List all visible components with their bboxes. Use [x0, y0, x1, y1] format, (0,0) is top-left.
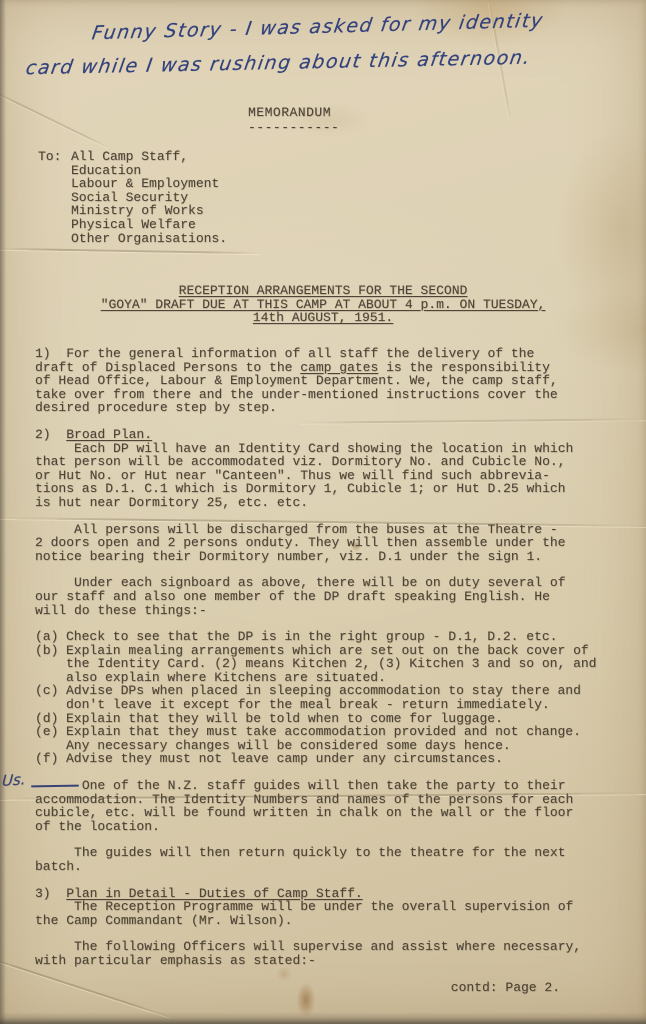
fold-crease	[0, 90, 109, 149]
lettered-instruction-list: (a) Check to see that the DP is in the r…	[35, 630, 600, 766]
list-item: (b) Explain mealing arrangements which a…	[35, 644, 600, 685]
list-item-label: (a)	[35, 630, 66, 644]
paragraph-2-broad-plan: 2) Broad Plan. Each DP will have an Iden…	[35, 428, 600, 510]
paragraph-5: Us. One of the N.Z. staff guides will th…	[35, 779, 600, 833]
list-item-text: Explain that they will be told when to c…	[66, 712, 600, 726]
paragraph-3: All persons will be discharged from the …	[35, 523, 600, 564]
list-item-text: Explain that they must take accommodatio…	[66, 725, 600, 752]
subject-title: RECEPTION ARRANGEMENTS FOR THE SECOND"GO…	[0, 284, 646, 325]
subject-title-line: 14th AUGUST, 1951.	[0, 311, 646, 325]
recipient-item: Ministry of Works	[71, 204, 227, 218]
paper-edge-bottom	[0, 1012, 646, 1024]
handwritten-note-line1: Funny Story - I was asked for my identit…	[90, 10, 545, 45]
fold-crease	[0, 248, 260, 255]
list-item: (a) Check to see that the DP is in the r…	[35, 630, 600, 644]
list-item-label: (e)	[35, 725, 66, 752]
recipient-item: Physical Welfare	[71, 218, 227, 232]
memo-heading-text: MEMORANDUM	[248, 106, 339, 120]
continuation-note: contd: Page 2.	[35, 981, 600, 995]
list-item: (e) Explain that they must take accommod…	[35, 725, 600, 752]
handwritten-note-line2: card while I was rushing about this afte…	[24, 47, 532, 80]
recipient-item: Education	[71, 164, 227, 178]
recipient-item: Social Security	[71, 191, 227, 205]
memo-body: 1) For the general information of all st…	[35, 347, 600, 994]
list-item-label: (c)	[35, 684, 66, 711]
paragraph-6: The guides will then return quickly to t…	[35, 846, 600, 873]
list-item-label: (f)	[35, 752, 66, 766]
list-item-text: Advise DPs when placed in sleeping accom…	[66, 684, 600, 711]
list-item: (d) Explain that they will be told when …	[35, 712, 600, 726]
recipient-block: To: All Camp Staff,EducationLabour & Emp…	[38, 150, 227, 245]
list-item: (c) Advise DPs when placed in sleeping a…	[35, 684, 600, 711]
recipient-item: Other Organisations.	[71, 232, 227, 246]
subject-title-line: "GOYA" DRAFT DUE AT THIS CAMP AT ABOUT 4…	[0, 298, 646, 312]
memo-heading: MEMORANDUM -----------	[248, 106, 339, 134]
list-item-label: (d)	[35, 712, 66, 726]
paragraph-4: Under each signboard as above, there wil…	[35, 576, 600, 617]
recipient-list: All Camp Staff,EducationLabour & Employm…	[71, 150, 227, 245]
list-item-text: Explain mealing arrangements which are s…	[66, 644, 600, 685]
list-item: (f) Advise they must not leave camp unde…	[35, 752, 600, 766]
list-item-text: Advise they must not leave camp under an…	[66, 752, 600, 766]
subject-title-line: RECEPTION ARRANGEMENTS FOR THE SECOND	[0, 284, 646, 298]
recipient-item: Labour & Employment	[71, 177, 227, 191]
memo-heading-underline: -----------	[248, 121, 339, 135]
paper-edge-left	[0, 0, 6, 1024]
memo-page: Funny Story - I was asked for my identit…	[0, 0, 646, 1024]
recipient-item: All Camp Staff,	[71, 150, 227, 164]
to-label: To:	[38, 150, 71, 245]
paragraph-7-plan-in-detail: 3) Plan in Detail - Duties of Camp Staff…	[35, 887, 600, 928]
paragraph-1: 1) For the general information of all st…	[35, 347, 600, 415]
paragraph-8: The following Officers will supervise an…	[35, 940, 600, 967]
list-item-label: (b)	[35, 644, 66, 685]
list-item-text: Check to see that the DP is in the right…	[66, 630, 600, 644]
